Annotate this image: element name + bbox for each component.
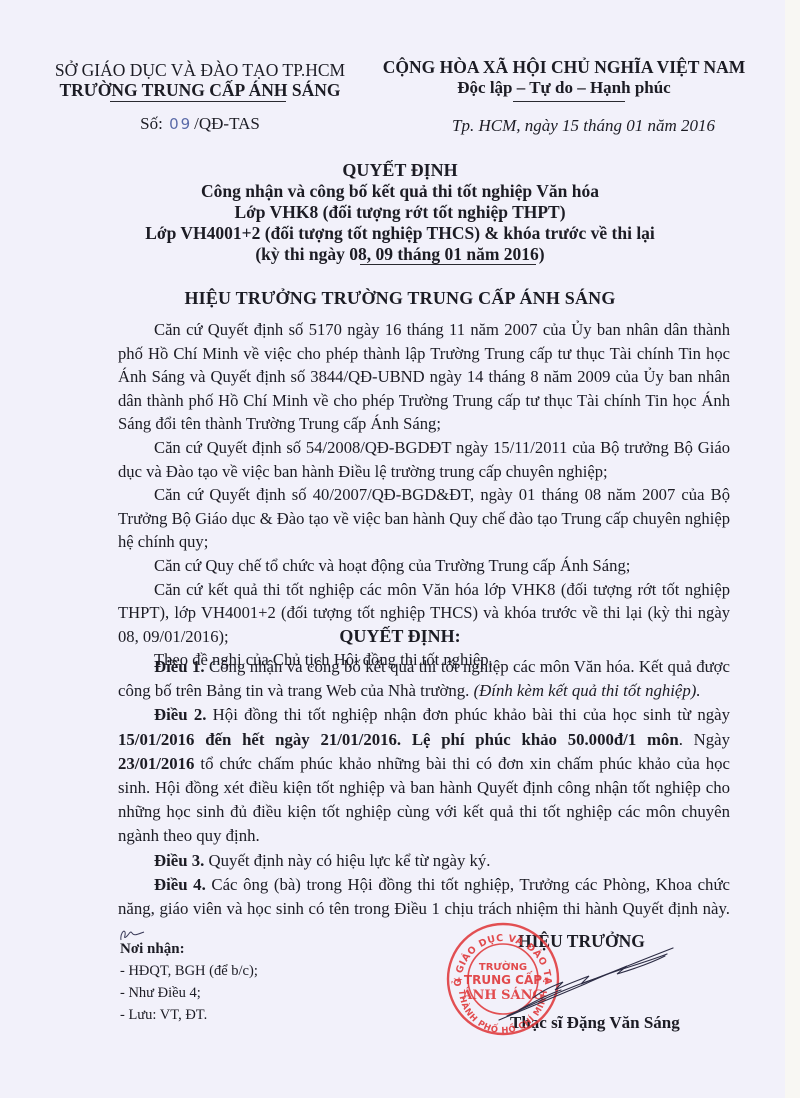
- recipients-block: Nơi nhận: - HĐQT, BGH (để b/c); - Như Đi…: [120, 938, 258, 1026]
- motto-underline: [513, 101, 625, 102]
- authority-heading: HIỆU TRƯỞNG TRƯỜNG TRUNG CẤP ÁNH SÁNG: [100, 288, 700, 309]
- number-prefix: Số:: [140, 114, 163, 133]
- document-number: Số: 09/QĐ-TAS: [40, 114, 360, 134]
- preamble: Căn cứ Quyết định số 5170 ngày 16 tháng …: [118, 318, 730, 672]
- preamble-clause: Căn cứ Quyết định số 40/2007/QĐ-BGD&ĐT, …: [118, 483, 730, 554]
- decision-heading: QUYẾT ĐỊNH:: [100, 626, 700, 647]
- recipient-item: - Lưu: VT, ĐT.: [120, 1004, 258, 1026]
- title-heading: QUYẾT ĐỊNH: [100, 160, 700, 181]
- department-name: SỞ GIÁO DỤC VÀ ĐÀO TẠO TP.HCM: [40, 60, 360, 80]
- number-suffix: /QĐ-TAS: [194, 114, 260, 133]
- article-2: Điều 2. Hội đồng thi tốt nghiệp nhận đơn…: [118, 703, 730, 848]
- nation-name: CỘNG HÒA XÃ HỘI CHỦ NGHĨA VIỆT NAM: [372, 56, 756, 78]
- issuer-block: SỞ GIÁO DỤC VÀ ĐÀO TẠO TP.HCM TRƯỜNG TRU…: [40, 60, 360, 134]
- signature-icon: [497, 940, 677, 1030]
- preamble-clause: Căn cứ Quy chế tổ chức và hoạt động của …: [118, 554, 730, 578]
- school-name: TRƯỜNG TRUNG CẤP ÁNH SÁNG: [40, 80, 360, 100]
- title-line: (kỳ thi ngày 08, 09 tháng 01 năm 2016): [100, 244, 700, 265]
- recipients-heading: Nơi nhận:: [120, 938, 258, 960]
- svg-text:★: ★: [455, 976, 463, 986]
- document-title: QUYẾT ĐỊNH Công nhận và công bố kết quả …: [100, 160, 700, 265]
- article-3: Điều 3. Quyết định này có hiệu lực kể từ…: [118, 849, 730, 873]
- national-motto: Độc lập – Tự do – Hạnh phúc: [372, 78, 756, 98]
- title-line: Lớp VH4001+2 (đối tượng tốt nghiệp THCS)…: [100, 223, 700, 244]
- title-line: Lớp VHK8 (đối tượng rớt tốt nghiệp THPT): [100, 202, 700, 223]
- issue-date: Tp. HCM, ngày 15 tháng 01 năm 2016: [452, 116, 715, 136]
- number-handwritten: 09: [169, 115, 192, 133]
- preamble-clause: Căn cứ Quyết định số 54/2008/QĐ-BGDĐT ng…: [118, 436, 730, 483]
- title-line: Công nhận và công bố kết quả thi tốt ngh…: [100, 181, 700, 202]
- scan-edge: [785, 0, 800, 1098]
- national-header: CỘNG HÒA XÃ HỘI CHỦ NGHĨA VIỆT NAM Độc l…: [372, 56, 756, 98]
- preamble-clause: Căn cứ Quyết định số 5170 ngày 16 tháng …: [118, 318, 730, 436]
- school-underline: [110, 101, 286, 102]
- article-1: Điều 1. Công nhận và công bố kết quả thi…: [118, 655, 730, 703]
- title-underline: [360, 264, 536, 265]
- decision-articles: Điều 1. Công nhận và công bố kết quả thi…: [118, 655, 730, 945]
- recipient-item: - HĐQT, BGH (để b/c);: [120, 960, 258, 982]
- recipient-item: - Như Điều 4;: [120, 982, 258, 1004]
